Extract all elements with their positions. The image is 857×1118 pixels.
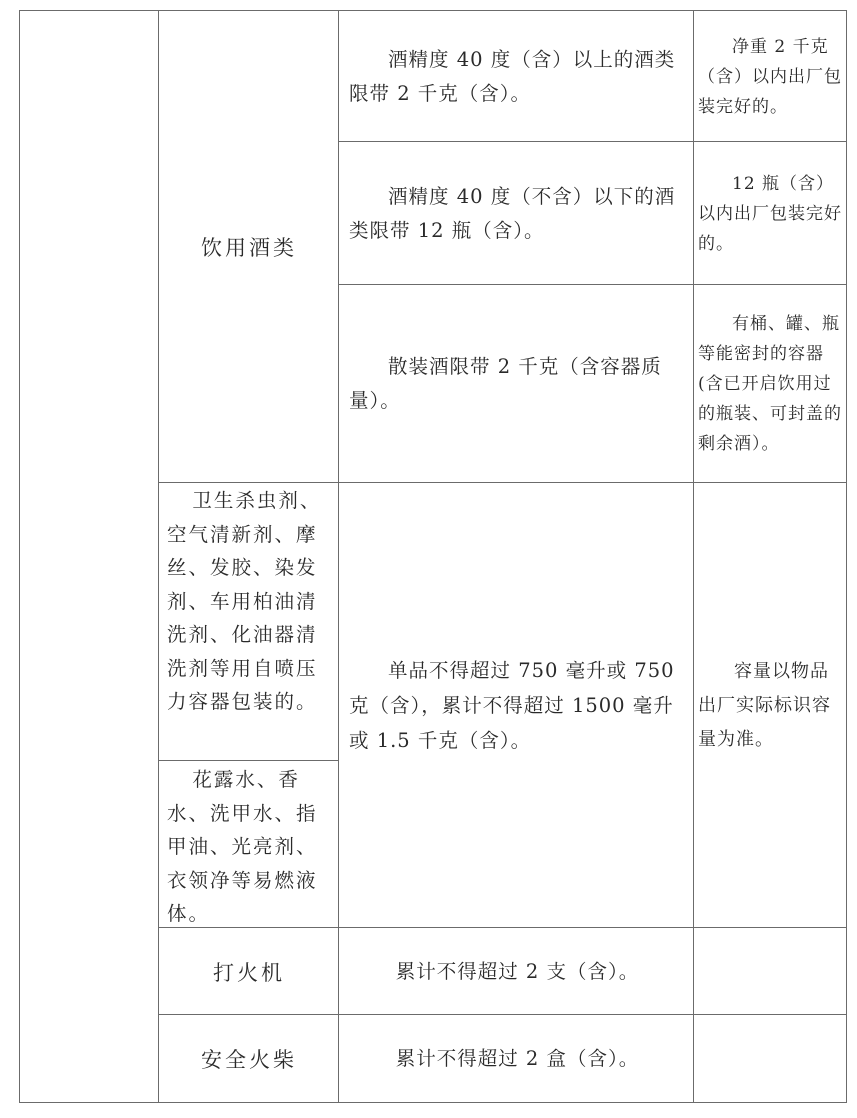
note-cell <box>693 927 847 1016</box>
rule-text: 酒精度 40 度（不含）以下的酒类限带 12 瓶（含）。 <box>339 180 694 248</box>
note-text: 12 瓶（含）以内出厂包装完好的。 <box>694 169 846 259</box>
category-cell <box>19 10 160 1103</box>
note-cell: 12 瓶（含）以内出厂包装完好的。 <box>693 141 847 286</box>
rule-cell: 累计不得超过 2 盒（含）。 <box>338 1014 695 1103</box>
item-name-cell-lighter: 打火机 <box>158 927 340 1016</box>
item-name-cell-alcohol: 饮用酒类 <box>158 10 340 484</box>
item-name: 花露水、香水、洗甲水、指甲油、光亮剂、衣领净等易燃液体。 <box>159 763 339 931</box>
rule-text: 累计不得超过 2 盒（含）。 <box>339 1042 694 1076</box>
rule-cell: 累计不得超过 2 支（含）。 <box>338 927 695 1016</box>
rule-text: 累计不得超过 2 支（含）。 <box>339 955 694 989</box>
item-name: 卫生杀虫剂、空气清新剂、摩丝、发胶、染发剂、车用柏油清洗剂、化油器清洗剂等用自喷… <box>159 484 339 719</box>
rule-text: 单品不得超过 750 毫升或 750 克（含），累计不得超过 1500 毫升或 … <box>339 653 694 758</box>
note-text: 有桶、罐、瓶等能密封的容器(含已开启饮用过的瓶装、可封盖的剩余酒）。 <box>694 309 846 459</box>
item-name-cell-matches: 安全火柴 <box>158 1014 340 1103</box>
rule-cell: 散装酒限带 2 千克（含容器质量）。 <box>338 284 695 484</box>
item-name-cell-flammable-liquids: 花露水、香水、洗甲水、指甲油、光亮剂、衣领净等易燃液体。 <box>158 760 340 929</box>
rule-cell: 单品不得超过 750 毫升或 750 克（含），累计不得超过 1500 毫升或 … <box>338 482 695 929</box>
rule-cell: 酒精度 40 度（不含）以下的酒类限带 12 瓶（含）。 <box>338 141 695 286</box>
note-cell: 净重 2 千克（含）以内出厂包装完好的。 <box>693 10 847 143</box>
item-name: 饮用酒类 <box>159 232 339 262</box>
note-cell <box>693 1014 847 1103</box>
note-cell: 容量以物品出厂实际标识容量为准。 <box>693 482 847 929</box>
rule-cell: 酒精度 40 度（含）以上的酒类限带 2 千克（含）。 <box>338 10 695 143</box>
item-name: 打火机 <box>159 957 339 987</box>
item-name-cell-aerosols: 卫生杀虫剂、空气清新剂、摩丝、发胶、染发剂、车用柏油清洗剂、化油器清洗剂等用自喷… <box>158 482 340 762</box>
note-text: 容量以物品出厂实际标识容量为准。 <box>694 655 846 757</box>
note-cell: 有桶、罐、瓶等能密封的容器(含已开启饮用过的瓶装、可封盖的剩余酒）。 <box>693 284 847 484</box>
note-text: 净重 2 千克（含）以内出厂包装完好的。 <box>694 32 846 122</box>
rule-text: 酒精度 40 度（含）以上的酒类限带 2 千克（含）。 <box>339 43 694 111</box>
restricted-items-table: 饮用酒类 酒精度 40 度（含）以上的酒类限带 2 千克（含）。 净重 2 千克… <box>19 10 847 1103</box>
item-name: 安全火柴 <box>159 1044 339 1074</box>
rule-text: 散装酒限带 2 千克（含容器质量）。 <box>339 350 694 418</box>
